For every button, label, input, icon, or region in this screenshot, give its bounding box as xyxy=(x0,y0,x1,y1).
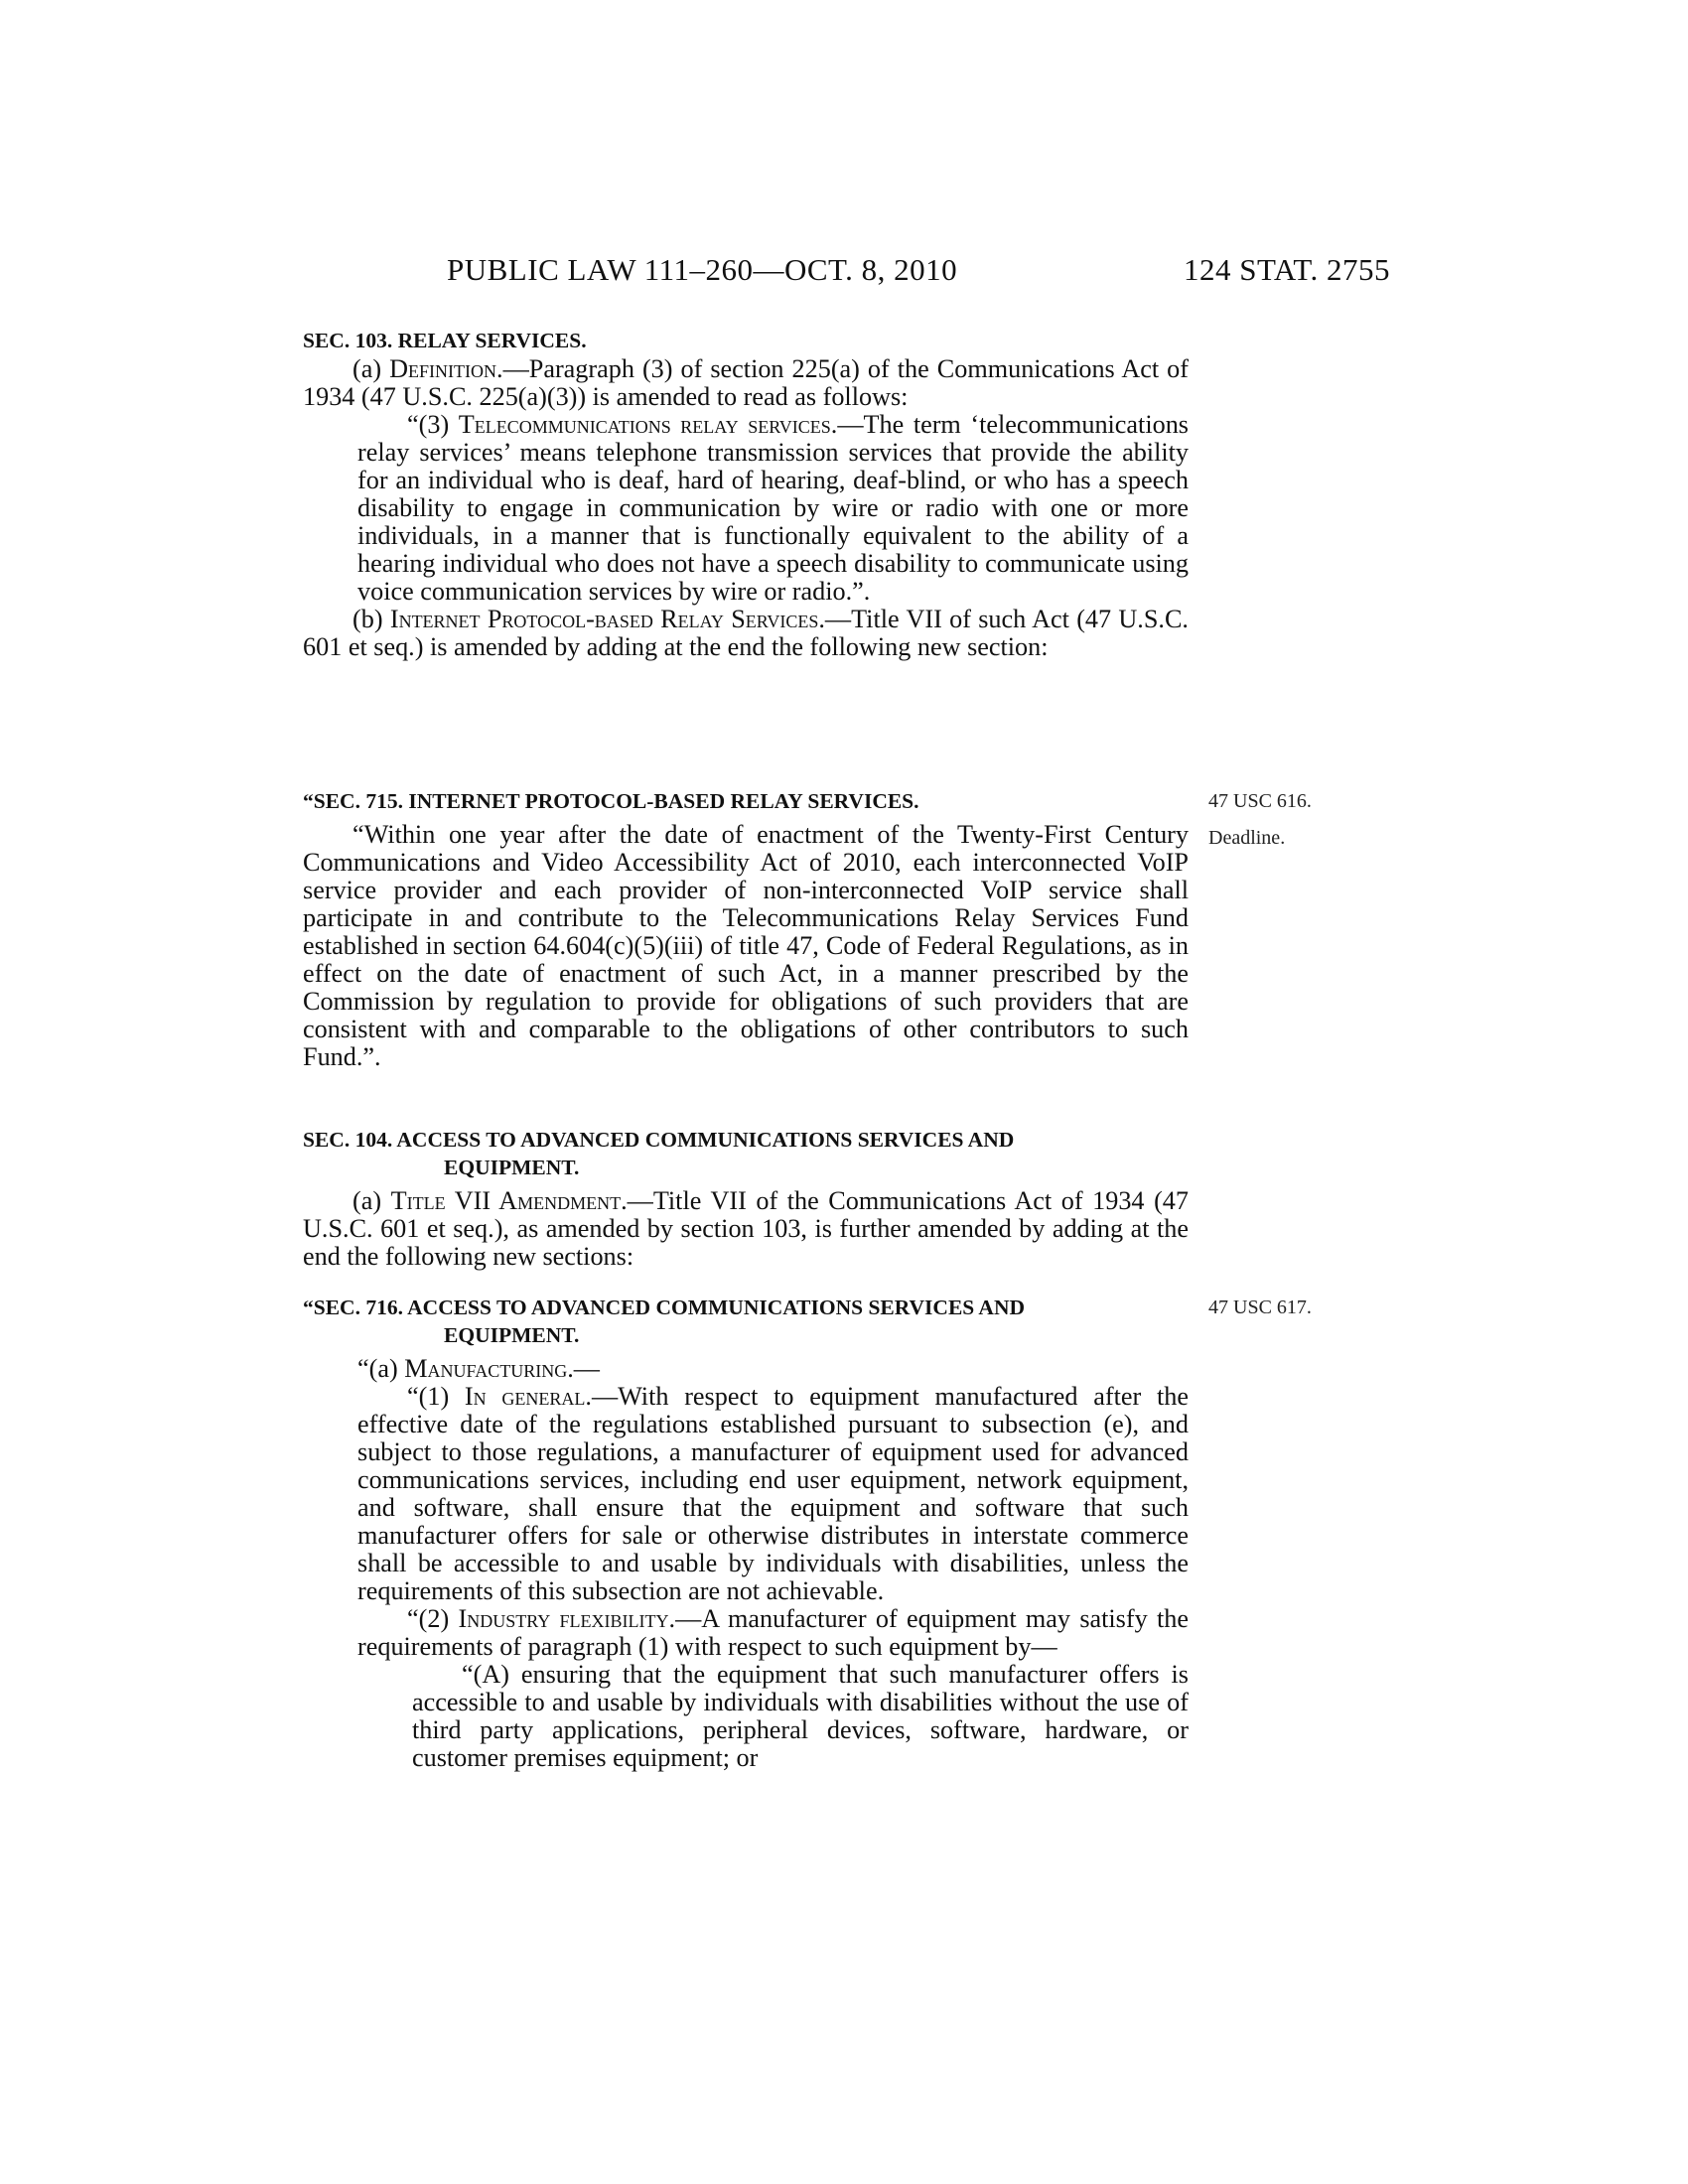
sec-104-a-block: (a) Title VII Amendment.—Title VII of th… xyxy=(303,1187,1189,1271)
sec-103-b-label: (b) xyxy=(352,605,390,633)
sec-103-heading: SEC. 103. RELAY SERVICES. xyxy=(303,327,1189,354)
sec-716-a1-text: .—With respect to equipment manufactured… xyxy=(357,1382,1189,1605)
sec-716-a-paragraph: “(a) Manufacturing.— xyxy=(303,1355,1189,1383)
sec-104-heading-line1: SEC. 104. ACCESS TO ADVANCED COMMUNICATI… xyxy=(303,1128,1014,1152)
sec-103-a-paragraph: (a) Definition.—Paragraph (3) of section… xyxy=(303,355,1189,411)
margin-note-47-usc-617: 47 USC 617. xyxy=(1208,1296,1312,1319)
sec-716-a-text: .— xyxy=(567,1354,600,1383)
sec-716-body-block: “(a) Manufacturing.— “(1) In general.—Wi… xyxy=(303,1355,1189,1772)
sec-715-body-block: “Within one year after the date of enact… xyxy=(303,821,1189,1071)
sec-716-a1-caption: In general xyxy=(465,1382,585,1411)
sec-716-a2A-paragraph: “(A) ensuring that the equipment that su… xyxy=(303,1661,1189,1772)
sec-103-a-block: (a) Definition.—Paragraph (3) of section… xyxy=(303,355,1189,661)
sec-716-a-caption: Manufacturing xyxy=(404,1354,567,1383)
sec-103-b-paragraph: (b) Internet Protocol-based Relay Servic… xyxy=(303,606,1189,661)
sec-104-heading-line2: EQUIPMENT. xyxy=(303,1154,1189,1181)
running-header: PUBLIC LAW 111–260—OCT. 8, 2010 124 STAT… xyxy=(298,252,1390,292)
sec-104-heading: SEC. 104. ACCESS TO ADVANCED COMMUNICATI… xyxy=(303,1126,1189,1181)
sec-103-a3-label: “(3) xyxy=(407,410,459,439)
sec-716-a1-paragraph: “(1) In general.—With respect to equipme… xyxy=(303,1383,1189,1605)
sec-715-body: “Within one year after the date of enact… xyxy=(303,821,1189,1071)
sec-104-heading-block: SEC. 104. ACCESS TO ADVANCED COMMUNICATI… xyxy=(303,1126,1189,1181)
sec-716-heading-line1: “SEC. 716. ACCESS TO ADVANCED COMMUNICAT… xyxy=(303,1296,1025,1319)
sec-103-a-caption: Definition xyxy=(389,354,496,383)
sec-104-a-paragraph: (a) Title VII Amendment.—Title VII of th… xyxy=(303,1187,1189,1271)
statute-page-number: 124 STAT. 2755 xyxy=(1184,252,1390,288)
sec-103-block: SEC. 103. RELAY SERVICES. xyxy=(303,327,1189,354)
sec-716-a-label: “(a) xyxy=(357,1354,404,1383)
sec-104-a-caption: Title VII Amendment xyxy=(391,1186,621,1215)
sec-716-heading: “SEC. 716. ACCESS TO ADVANCED COMMUNICAT… xyxy=(303,1294,1189,1349)
sec-715-heading-block: “SEC. 715. INTERNET PROTOCOL-BASED RELAY… xyxy=(303,787,1189,815)
document-page: PUBLIC LAW 111–260—OCT. 8, 2010 124 STAT… xyxy=(0,0,1688,2184)
sec-103-a3-paragraph: “(3) Telecommunications relay services.—… xyxy=(303,411,1189,606)
margin-note-deadline: Deadline. xyxy=(1208,826,1285,850)
sec-716-a2-caption: Industry flexibility xyxy=(458,1604,668,1633)
sec-716-a2-label: “(2) xyxy=(407,1604,458,1633)
sec-716-heading-block: “SEC. 716. ACCESS TO ADVANCED COMMUNICAT… xyxy=(303,1294,1189,1349)
sec-103-a3-caption: Telecommunications relay services xyxy=(459,410,831,439)
sec-103-b-caption: Internet Protocol-based Relay Services xyxy=(390,605,819,633)
sec-104-a-label: (a) xyxy=(352,1186,391,1215)
sec-715-heading: “SEC. 715. INTERNET PROTOCOL-BASED RELAY… xyxy=(303,787,1189,815)
sec-716-a1-label: “(1) xyxy=(407,1382,465,1411)
sec-103-a3-text: .—The term ‘telecommunications relay ser… xyxy=(357,410,1189,606)
margin-note-47-usc-616: 47 USC 616. xyxy=(1208,789,1312,813)
sec-103-a-label: (a) xyxy=(352,354,389,383)
public-law-title: PUBLIC LAW 111–260—OCT. 8, 2010 xyxy=(447,252,957,288)
sec-716-a2-paragraph: “(2) Industry flexibility.—A manufacture… xyxy=(303,1605,1189,1661)
sec-716-heading-line2: EQUIPMENT. xyxy=(303,1321,1189,1349)
